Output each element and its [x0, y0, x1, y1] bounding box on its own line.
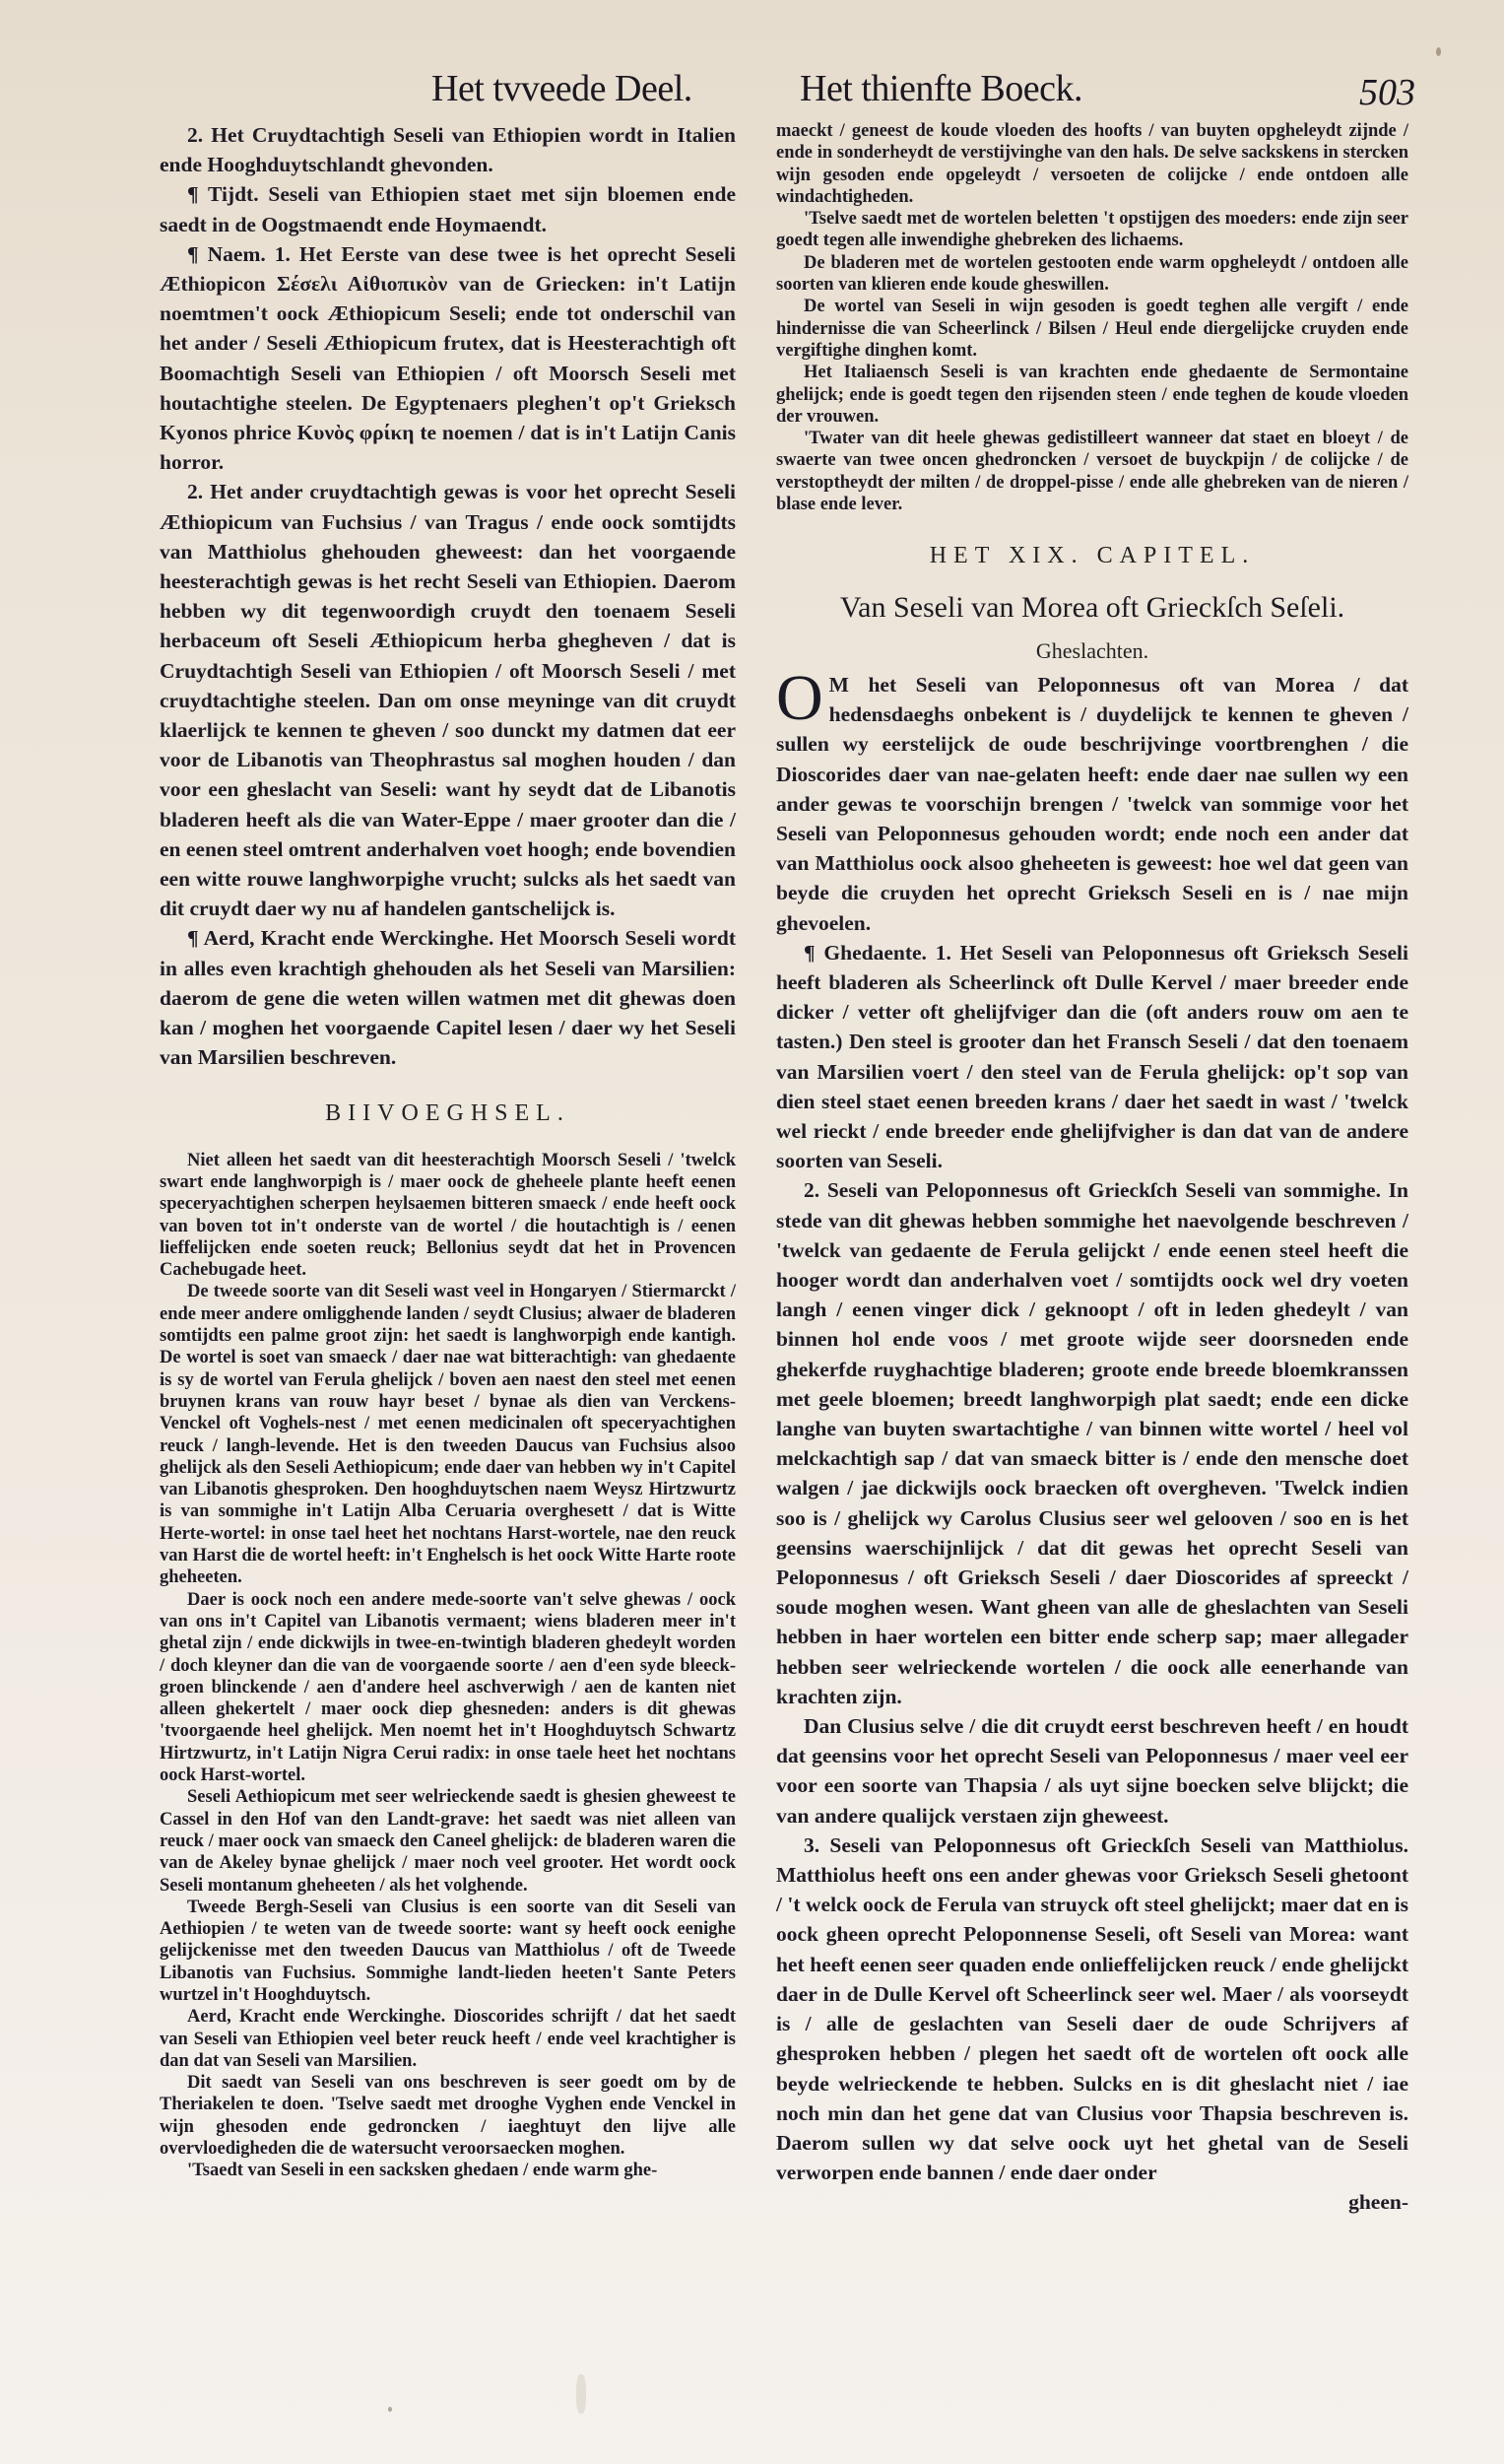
chapter-title: Van Seseli van Morea oft Grieckſch Seſel…: [776, 593, 1408, 623]
running-title-right: Het thienfte Boeck.: [800, 67, 1082, 110]
paragraph: De wortel van Seseli in wijn gesoden is …: [776, 296, 1408, 362]
book-page: Het tvveede Deel. Het thienfte Boeck. 50…: [0, 0, 1504, 2464]
paragraph: De bladeren met de wortelen gestooten en…: [776, 252, 1408, 297]
paragraph: Niet alleen het saedt van dit heesterach…: [160, 1150, 736, 1282]
paper-speck: [1436, 47, 1441, 56]
paragraph: Dan Clusius selve / die dit cruydt eerst…: [776, 1711, 1408, 1831]
paragraph: 'Tselve saedt met de wortelen beletten '…: [776, 208, 1408, 252]
paragraph: 3. Seseli van Peloponnesus oft Grieckſch…: [776, 1831, 1408, 2187]
paragraph: ¶ Naem. 1. Het Eerste van dese twee is h…: [160, 239, 736, 478]
left-column: 2. Het Cruydtachtigh Seseli van Ethiopie…: [160, 120, 736, 2182]
paragraph: Dit saedt van Seseli van ons beschreven …: [160, 2072, 736, 2160]
right-column: maeckt / geneest de koude vloeden des ho…: [776, 120, 1408, 2218]
paragraph: 'Tsaedt van Seseli in een sacksken gheda…: [160, 2160, 736, 2181]
paragraph: 'Twater van dit heele ghewas gedistillee…: [776, 428, 1408, 515]
paragraph: maeckt / geneest de koude vloeden des ho…: [776, 120, 1408, 208]
paragraph: 2. Seseli van Peloponnesus oft Grieckſch…: [776, 1175, 1408, 1711]
drop-cap: O: [776, 672, 823, 725]
paragraph: De tweede soorte van dit Seseli wast vee…: [160, 1281, 736, 1588]
supplement-heading: BIIVOEGHSEL.: [160, 1099, 736, 1128]
paragraph: ¶ Aerd, Kracht ende Werckinghe. Het Moor…: [160, 923, 736, 1072]
paragraph: Het Italiaensch Seseli is van krachten e…: [776, 362, 1408, 428]
running-title-left: Het tvveede Deel.: [431, 67, 692, 110]
paper-stain: [576, 2374, 586, 2414]
running-header: Het tvveede Deel. Het thienfte Boeck. 50…: [0, 67, 1504, 116]
paragraph: 2. Het ander cruydtachtigh gewas is voor…: [160, 477, 736, 923]
chapter-heading: HET XIX. CAPITEL.: [776, 541, 1408, 570]
paragraph: Aerd, Kracht ende Werckinghe. Dioscoride…: [160, 2006, 736, 2072]
paragraph: ¶ Ghedaente. 1. Het Seseli van Peloponne…: [776, 938, 1408, 1176]
paragraph: Daer is oock noch een andere mede-soorte…: [160, 1589, 736, 1787]
catchword: gheen-: [776, 2187, 1408, 2217]
paragraph: ¶ Tijdt. Seseli van Ethiopien staet met …: [160, 179, 736, 238]
paragraph: Seseli Aethiopicum met seer welrieckende…: [160, 1786, 736, 1896]
paragraph: Tweede Bergh-Seseli van Clusius is een s…: [160, 1897, 736, 2006]
paragraph: OM het Seseli van Peloponnesus oft van M…: [776, 670, 1408, 938]
paragraph: 2. Het Cruydtachtigh Seseli van Ethiopie…: [160, 120, 736, 179]
section-subheading: Gheslachten.: [776, 636, 1408, 666]
page-number: 503: [1359, 71, 1415, 114]
paper-speck: [388, 2407, 392, 2412]
paragraph-text: M het Seseli van Peloponnesus oft van Mo…: [776, 673, 1408, 935]
